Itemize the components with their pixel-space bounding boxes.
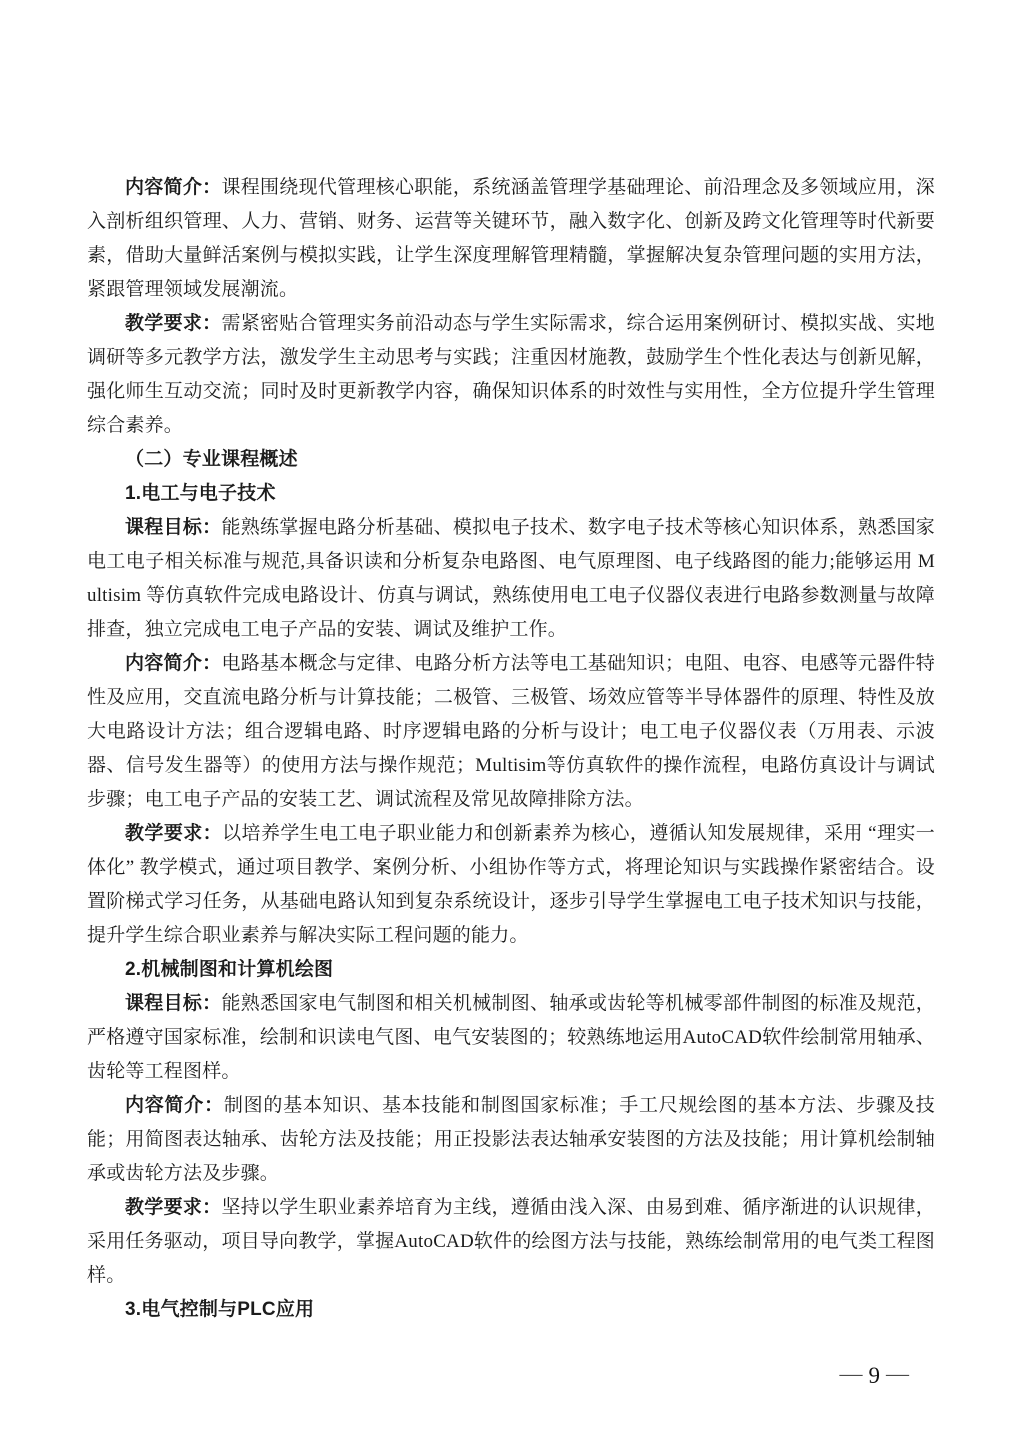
document-body: 内容简介：课程围绕现代管理核心职能，系统涵盖管理学基础理论、前沿理念及多领域应用… xyxy=(87,171,935,1327)
page-footer: —9— xyxy=(834,1362,916,1390)
paragraph-label: 课程目标： xyxy=(125,517,221,538)
course-heading-2-mechanical-drawing: 2.机械制图和计算机绘图 xyxy=(87,953,935,987)
page-number: 9 xyxy=(869,1363,881,1388)
paragraph-teaching-req-electronics: 教学要求：以培养学生电工电子职业能力和创新素养为核心，遵循认知发展规律，采用 “… xyxy=(87,817,935,953)
paragraph-content-intro-drawing: 内容简介：制图的基本知识、基本技能和制图国家标准；手工尺规绘图的基本方法、步骤及… xyxy=(87,1089,935,1191)
paragraph-label: 课程目标： xyxy=(125,993,221,1014)
paragraph-teaching-req-management: 教学要求：需紧密贴合管理实务前沿动态与学生实际需求，综合运用案例研讨、模拟实战、… xyxy=(87,307,935,443)
paragraph-course-goal-drawing: 课程目标：能熟悉国家电气制图和相关机械制图、轴承或齿轮等机械零部件制图的标准及规… xyxy=(87,987,935,1089)
paragraph-label: 教学要求： xyxy=(125,823,222,844)
paragraph-label: 教学要求： xyxy=(125,313,221,334)
paragraph-label: 内容简介： xyxy=(125,1095,224,1116)
document-page: 内容简介：课程围绕现代管理核心职能，系统涵盖管理学基础理论、前沿理念及多领域应用… xyxy=(0,0,1024,1448)
paragraph-label: 内容简介： xyxy=(125,653,221,674)
course-heading-3-plc: 3.电气控制与PLC应用 xyxy=(87,1293,935,1327)
paragraph-course-goal-electronics: 课程目标：能熟练掌握电路分析基础、模拟电子技术、数字电子技术等核心知识体系，熟悉… xyxy=(87,511,935,647)
paragraph-content-intro-management: 内容简介：课程围绕现代管理核心职能，系统涵盖管理学基础理论、前沿理念及多领域应用… xyxy=(87,171,935,307)
paragraph-label: 内容简介： xyxy=(125,177,221,198)
paragraph-content-intro-electronics: 内容简介：电路基本概念与定律、电路分析方法等电工基础知识；电阻、电容、电感等元器… xyxy=(87,647,935,817)
paragraph-teaching-req-drawing: 教学要求：坚持以学生职业素养培育为主线，遵循由浅入深、由易到难、循序渐进的认识规… xyxy=(87,1191,935,1293)
paragraph-label: 教学要求： xyxy=(125,1197,221,1218)
paragraph-text: 电路基本概念与定律、电路分析方法等电工基础知识；电阻、电容、电感等元器件特性及应… xyxy=(87,653,935,810)
section-heading-professional-courses: （二）专业课程概述 xyxy=(87,443,935,477)
page-number-dash-left: — xyxy=(834,1361,869,1386)
course-heading-1-electrical-electronics: 1.电工与电子技术 xyxy=(87,477,935,511)
page-number-dash-right: — xyxy=(880,1361,915,1386)
